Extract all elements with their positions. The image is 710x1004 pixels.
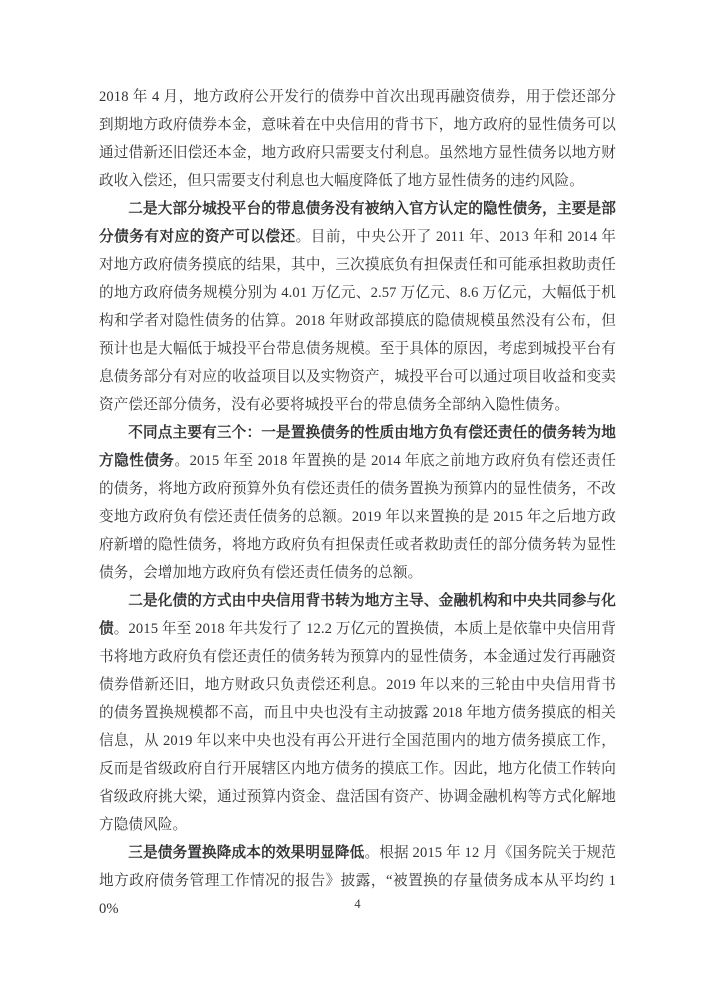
text-run: 。2015 年至 2018 年共发行了 12.2 万亿元的置换债，本质上是依靠中… — [99, 621, 616, 833]
para-difference-one-debt-nature: 不同点主要有三个：一是置换债务的性质由地方负有偿还责任的债务转为地方隐性债务。2… — [99, 419, 616, 587]
document-page: 2018 年 4 月，地方政府公开发行的债券中首次出现再融资债券，用于偿还部分到… — [0, 0, 710, 1004]
document-body: 2018 年 4 月，地方政府公开发行的债券中首次出现再融资债券，用于偿还部分到… — [99, 83, 616, 923]
emphasis-run: 三是债务置换降成本的效果明显降低 — [128, 845, 364, 861]
text-run: 。目前，中央公开了 2011 年、2013 年和 2014 年对地方政府债务摸底… — [99, 229, 616, 413]
para-difference-two-resolution-method: 二是化债的方式由中央信用背书转为地方主导、金融机构和中央共同参与化债。2015 … — [99, 587, 616, 839]
page-number: 4 — [99, 897, 616, 912]
text-run: 2018 年 4 月，地方政府公开发行的债券中首次出现再融资债券，用于偿还部分到… — [99, 89, 616, 189]
para-refinancing-bonds: 2018 年 4 月，地方政府公开发行的债券中首次出现再融资债券，用于偿还部分到… — [99, 83, 616, 195]
text-run: 。2015 年至 2018 年置换的是 2014 年底之前地方政府负有偿还责任的… — [99, 453, 616, 581]
para-city-investment-platform-debt: 二是大部分城投平台的带息债务没有被纳入官方认定的隐性债务，主要是部分债务有对应的… — [99, 195, 616, 419]
